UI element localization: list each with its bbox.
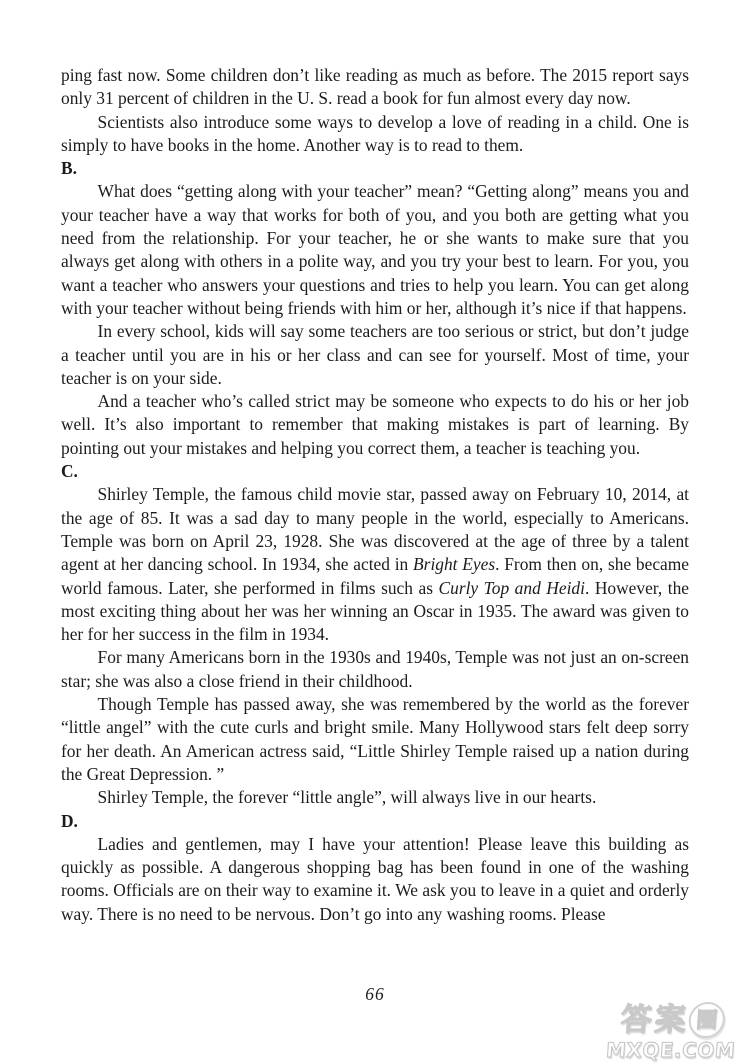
paragraph: And a teacher who’s called strict may be…: [61, 390, 689, 460]
text-run: Ladies and gentlemen, may I have your at…: [61, 834, 689, 924]
scanned-page: ping fast now. Some children don’t like …: [0, 0, 750, 1064]
text-run: Though Temple has passed away, she was r…: [61, 694, 689, 784]
text-run: In every school, kids will say some teac…: [61, 321, 689, 388]
text-run: C.: [61, 461, 78, 481]
text-run: For many Americans born in the 1930s and…: [61, 647, 689, 690]
paragraph: What does “getting along with your teach…: [61, 180, 689, 320]
text-run: What does “getting along with your teach…: [61, 181, 689, 317]
paragraph: ping fast now. Some children don’t like …: [61, 64, 689, 111]
watermark-brand-char: 答: [620, 1002, 654, 1038]
text-run: D.: [61, 811, 78, 831]
text-run: ping fast now. Some children don’t like …: [61, 65, 689, 108]
paragraph: Though Temple has passed away, she was r…: [61, 693, 689, 786]
watermark-circle-char: 圈: [696, 1010, 718, 1031]
paragraph: In every school, kids will say some teac…: [61, 320, 689, 390]
paragraph: Ladies and gentlemen, may I have your at…: [61, 833, 689, 926]
text-run: Shirley Temple, the forever “little angl…: [98, 787, 597, 807]
italic-text: Bright Eyes: [413, 554, 495, 574]
page-number: 66: [365, 984, 385, 1004]
watermark: 答 案 圈 MXQE.COM: [594, 1002, 750, 1062]
section-label: C.: [61, 460, 689, 483]
watermark-brand: 答 案 圈: [596, 1002, 750, 1038]
section-label: B.: [61, 157, 689, 180]
page-body: ping fast now. Some children don’t like …: [61, 64, 689, 926]
watermark-site: MXQE.COM: [594, 1038, 748, 1062]
italic-text: Curly Top and Heidi: [439, 578, 585, 598]
paragraph: For many Americans born in the 1930s and…: [61, 646, 689, 693]
brand-logo-circle-icon: 圈: [688, 1002, 727, 1038]
watermark-brand-char: 案: [654, 1002, 688, 1038]
paragraph: Shirley Temple, the forever “little angl…: [61, 786, 689, 809]
section-label: D.: [61, 810, 689, 833]
paragraph: Scientists also introduce some ways to d…: [61, 111, 689, 158]
text-run: B.: [61, 158, 77, 178]
text-run: And a teacher who’s called strict may be…: [61, 391, 689, 458]
paragraph: Shirley Temple, the famous child movie s…: [61, 483, 689, 646]
text-run: Scientists also introduce some ways to d…: [61, 112, 689, 155]
page-footer: 66: [61, 984, 689, 1005]
